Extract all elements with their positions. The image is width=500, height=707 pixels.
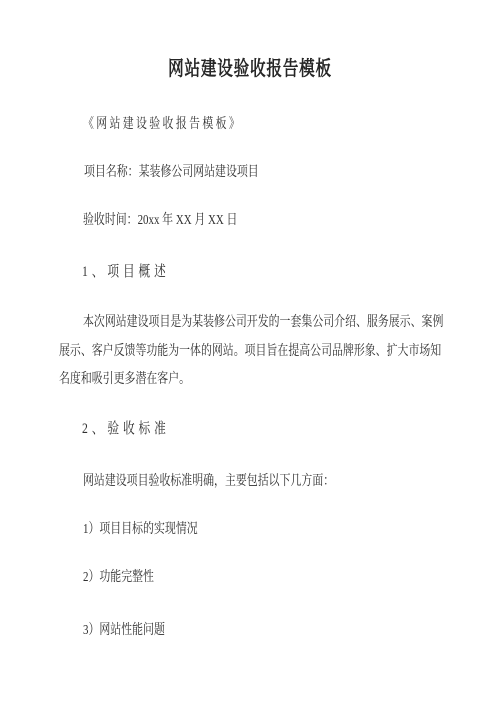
acceptance-date-line: 验收时间：20xx 年 XX 月 XX 日 bbox=[83, 214, 281, 228]
criteria-item-1: 1）项目目标的实现情况 bbox=[83, 523, 230, 537]
criteria-item-3: 3）网站性能问题 bbox=[83, 624, 188, 638]
page-title-text: 网站建设验收报告模板 bbox=[168, 59, 332, 79]
section-2-heading: 2、验收标准 bbox=[82, 422, 195, 437]
document-subtitle: 《网站建设验收报告模板》 bbox=[83, 118, 287, 132]
section-2-intro-line: 网站建设项目验收标准明确，主要包括以下几方面： bbox=[83, 475, 405, 489]
document-page: 网站建设验收报告模板 《网站建设验收报告模板》 项目名称：某装修公司网站建设项目… bbox=[0, 0, 500, 707]
project-name-line: 项目名称：某装修公司网站建设项目 bbox=[84, 166, 308, 180]
section-1-body-line-3: 名度和吸引更多潜在客户。 bbox=[59, 373, 227, 387]
page-title: 网站建设验收报告模板 bbox=[0, 59, 500, 79]
section-1-heading: 1、项目概述 bbox=[82, 265, 195, 280]
section-1-body-line-1: 本次网站建设项目是为某装修公司开发的一套集公司介绍、服务展示、案例 bbox=[83, 316, 500, 330]
section-1-body-line-2: 展示、客户反馈等功能为一体的网站。项目旨在提高公司品牌形象、扩大市场知 bbox=[59, 345, 500, 359]
criteria-item-2: 2）功能完整性 bbox=[83, 571, 174, 585]
